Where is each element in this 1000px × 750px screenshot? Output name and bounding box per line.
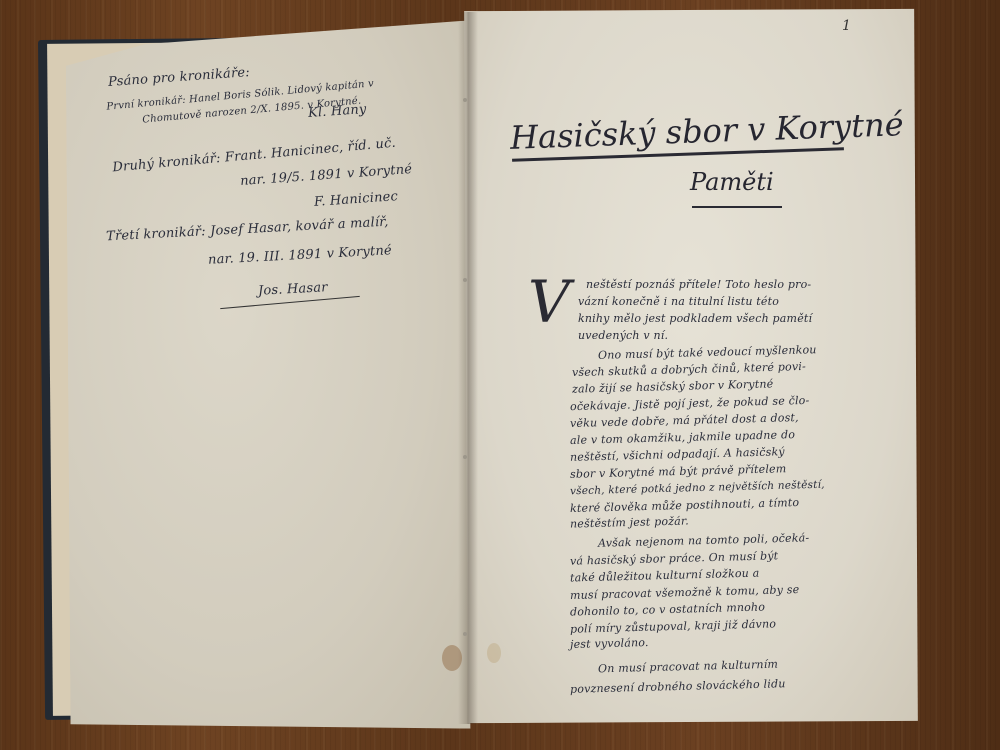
water-stain [442, 645, 462, 671]
binding-stitch [463, 278, 467, 282]
paragraph-1-line: neštěstí poznáš přítele! Toto heslo pro- [586, 278, 811, 291]
binding-stitch [463, 455, 467, 459]
drop-cap: V [528, 268, 570, 336]
left-page [66, 21, 471, 732]
paragraph-1-line: vázní konečně i na titulní listu této [578, 295, 779, 308]
binding-stitch [463, 632, 467, 636]
paragraph-1-line: uvedených v ní. [578, 329, 668, 342]
book-gutter [458, 12, 478, 724]
paragraph-3-line: jest vyvoláno. [570, 636, 649, 651]
binding-stitch [463, 98, 467, 102]
page-subtitle: Paměti [690, 168, 774, 196]
page-number: 1 [842, 18, 851, 34]
paragraph-1-line: knihy mělo jest podkladem všech pamětí [578, 312, 812, 325]
water-stain [487, 643, 501, 663]
subtitle-underline [692, 206, 782, 208]
